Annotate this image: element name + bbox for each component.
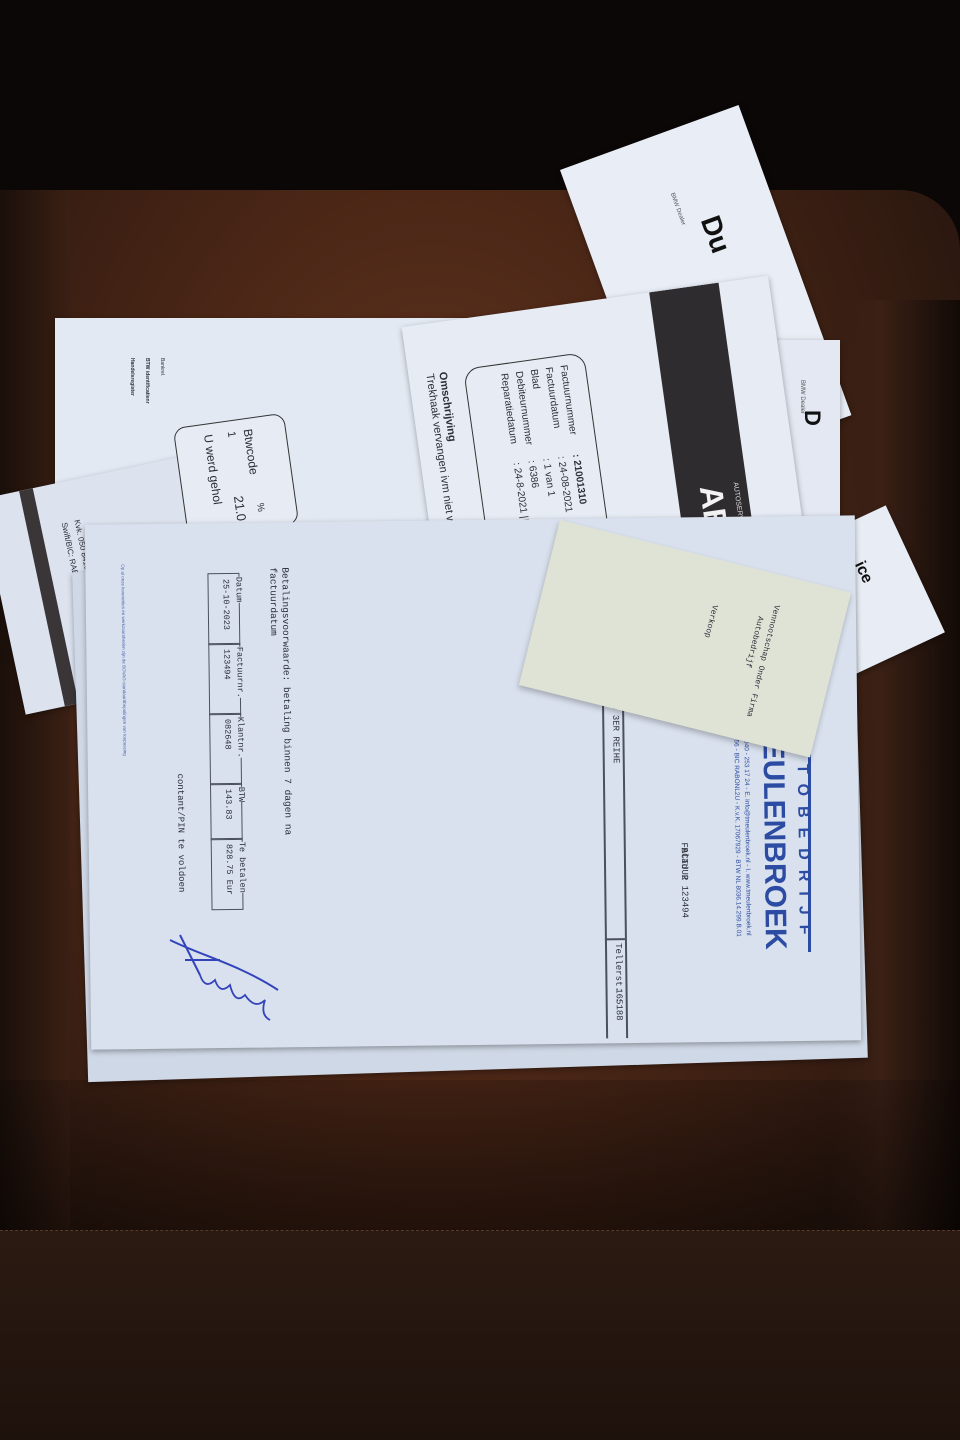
- summary-value: 123494: [221, 649, 231, 680]
- slip-heading: Du: [694, 211, 737, 257]
- btw-label: BTW identificatienr: [144, 358, 150, 404]
- note-text: U werd gehol: [201, 434, 225, 506]
- seat-cushion: [0, 1230, 960, 1440]
- percent-value: 21.0: [231, 495, 249, 522]
- sticky-line: Verkoop: [702, 604, 719, 639]
- shadow: [0, 1080, 960, 1240]
- percent-header: %: [254, 502, 266, 512]
- dark-band: [19, 488, 78, 706]
- slip-heading: D: [799, 410, 825, 426]
- bank-label: Bankrel.: [159, 358, 165, 376]
- btwcode-value: 1: [225, 430, 238, 438]
- page-number: Blad 2: [679, 847, 689, 880]
- handelsregister-label: Handelsregister: [129, 358, 135, 396]
- summary-value: 082648: [222, 719, 232, 750]
- summary-label: Klantnr.: [235, 717, 245, 758]
- signature: [160, 930, 290, 1040]
- summary-value: 25-10-2023: [220, 579, 231, 630]
- btw-code-box: Btwcode % 1 21.0 U werd gehol: [173, 413, 299, 539]
- odometer-value: 165188: [614, 988, 624, 1021]
- slip-label: BMW Dealer: [799, 380, 805, 414]
- summary-value: 828.75 Eur: [224, 844, 235, 895]
- fine-print: Op al onze leveranties en werkzaamheden …: [120, 564, 127, 756]
- summary-label: Factuurnr.: [234, 647, 245, 698]
- payment-note: contant/PIN te voldoen: [175, 774, 186, 893]
- slip-label: BMW Dealer: [669, 192, 686, 226]
- payment-terms-2: factuurdatum: [267, 567, 279, 636]
- btwcode-header: Btwcode: [241, 428, 261, 476]
- summary-label: Te betalen: [237, 842, 248, 893]
- summary-label: BTW: [236, 787, 246, 802]
- payment-terms: Betalingsvoorwaarde: betaling binnen 7 d…: [279, 567, 293, 835]
- summary-label: Datum: [233, 577, 243, 603]
- summary-value: 143.83: [223, 789, 233, 820]
